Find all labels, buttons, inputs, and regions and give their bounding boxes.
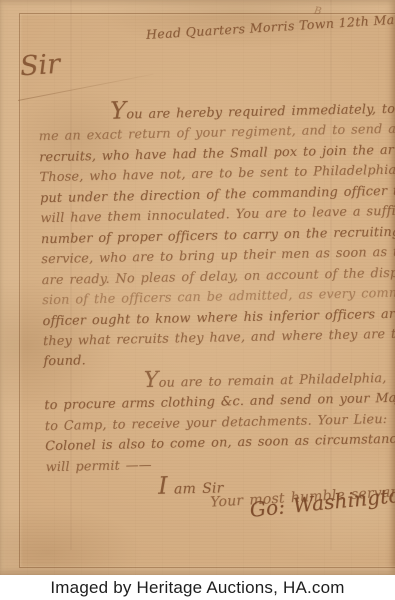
watermark-bar: Imaged by Heritage Auctions, HA.com [0, 575, 395, 600]
watermark-text: Imaged by Heritage Auctions, HA.com [50, 578, 344, 598]
letter-body: You are hereby required immediately, to … [0, 95, 395, 545]
salutation: Sir [19, 49, 61, 83]
letter-photo: B Head Quarters Morris Town 12th March 1… [0, 0, 395, 600]
letter-paper: B Head Quarters Morris Town 12th March 1… [0, 0, 395, 575]
